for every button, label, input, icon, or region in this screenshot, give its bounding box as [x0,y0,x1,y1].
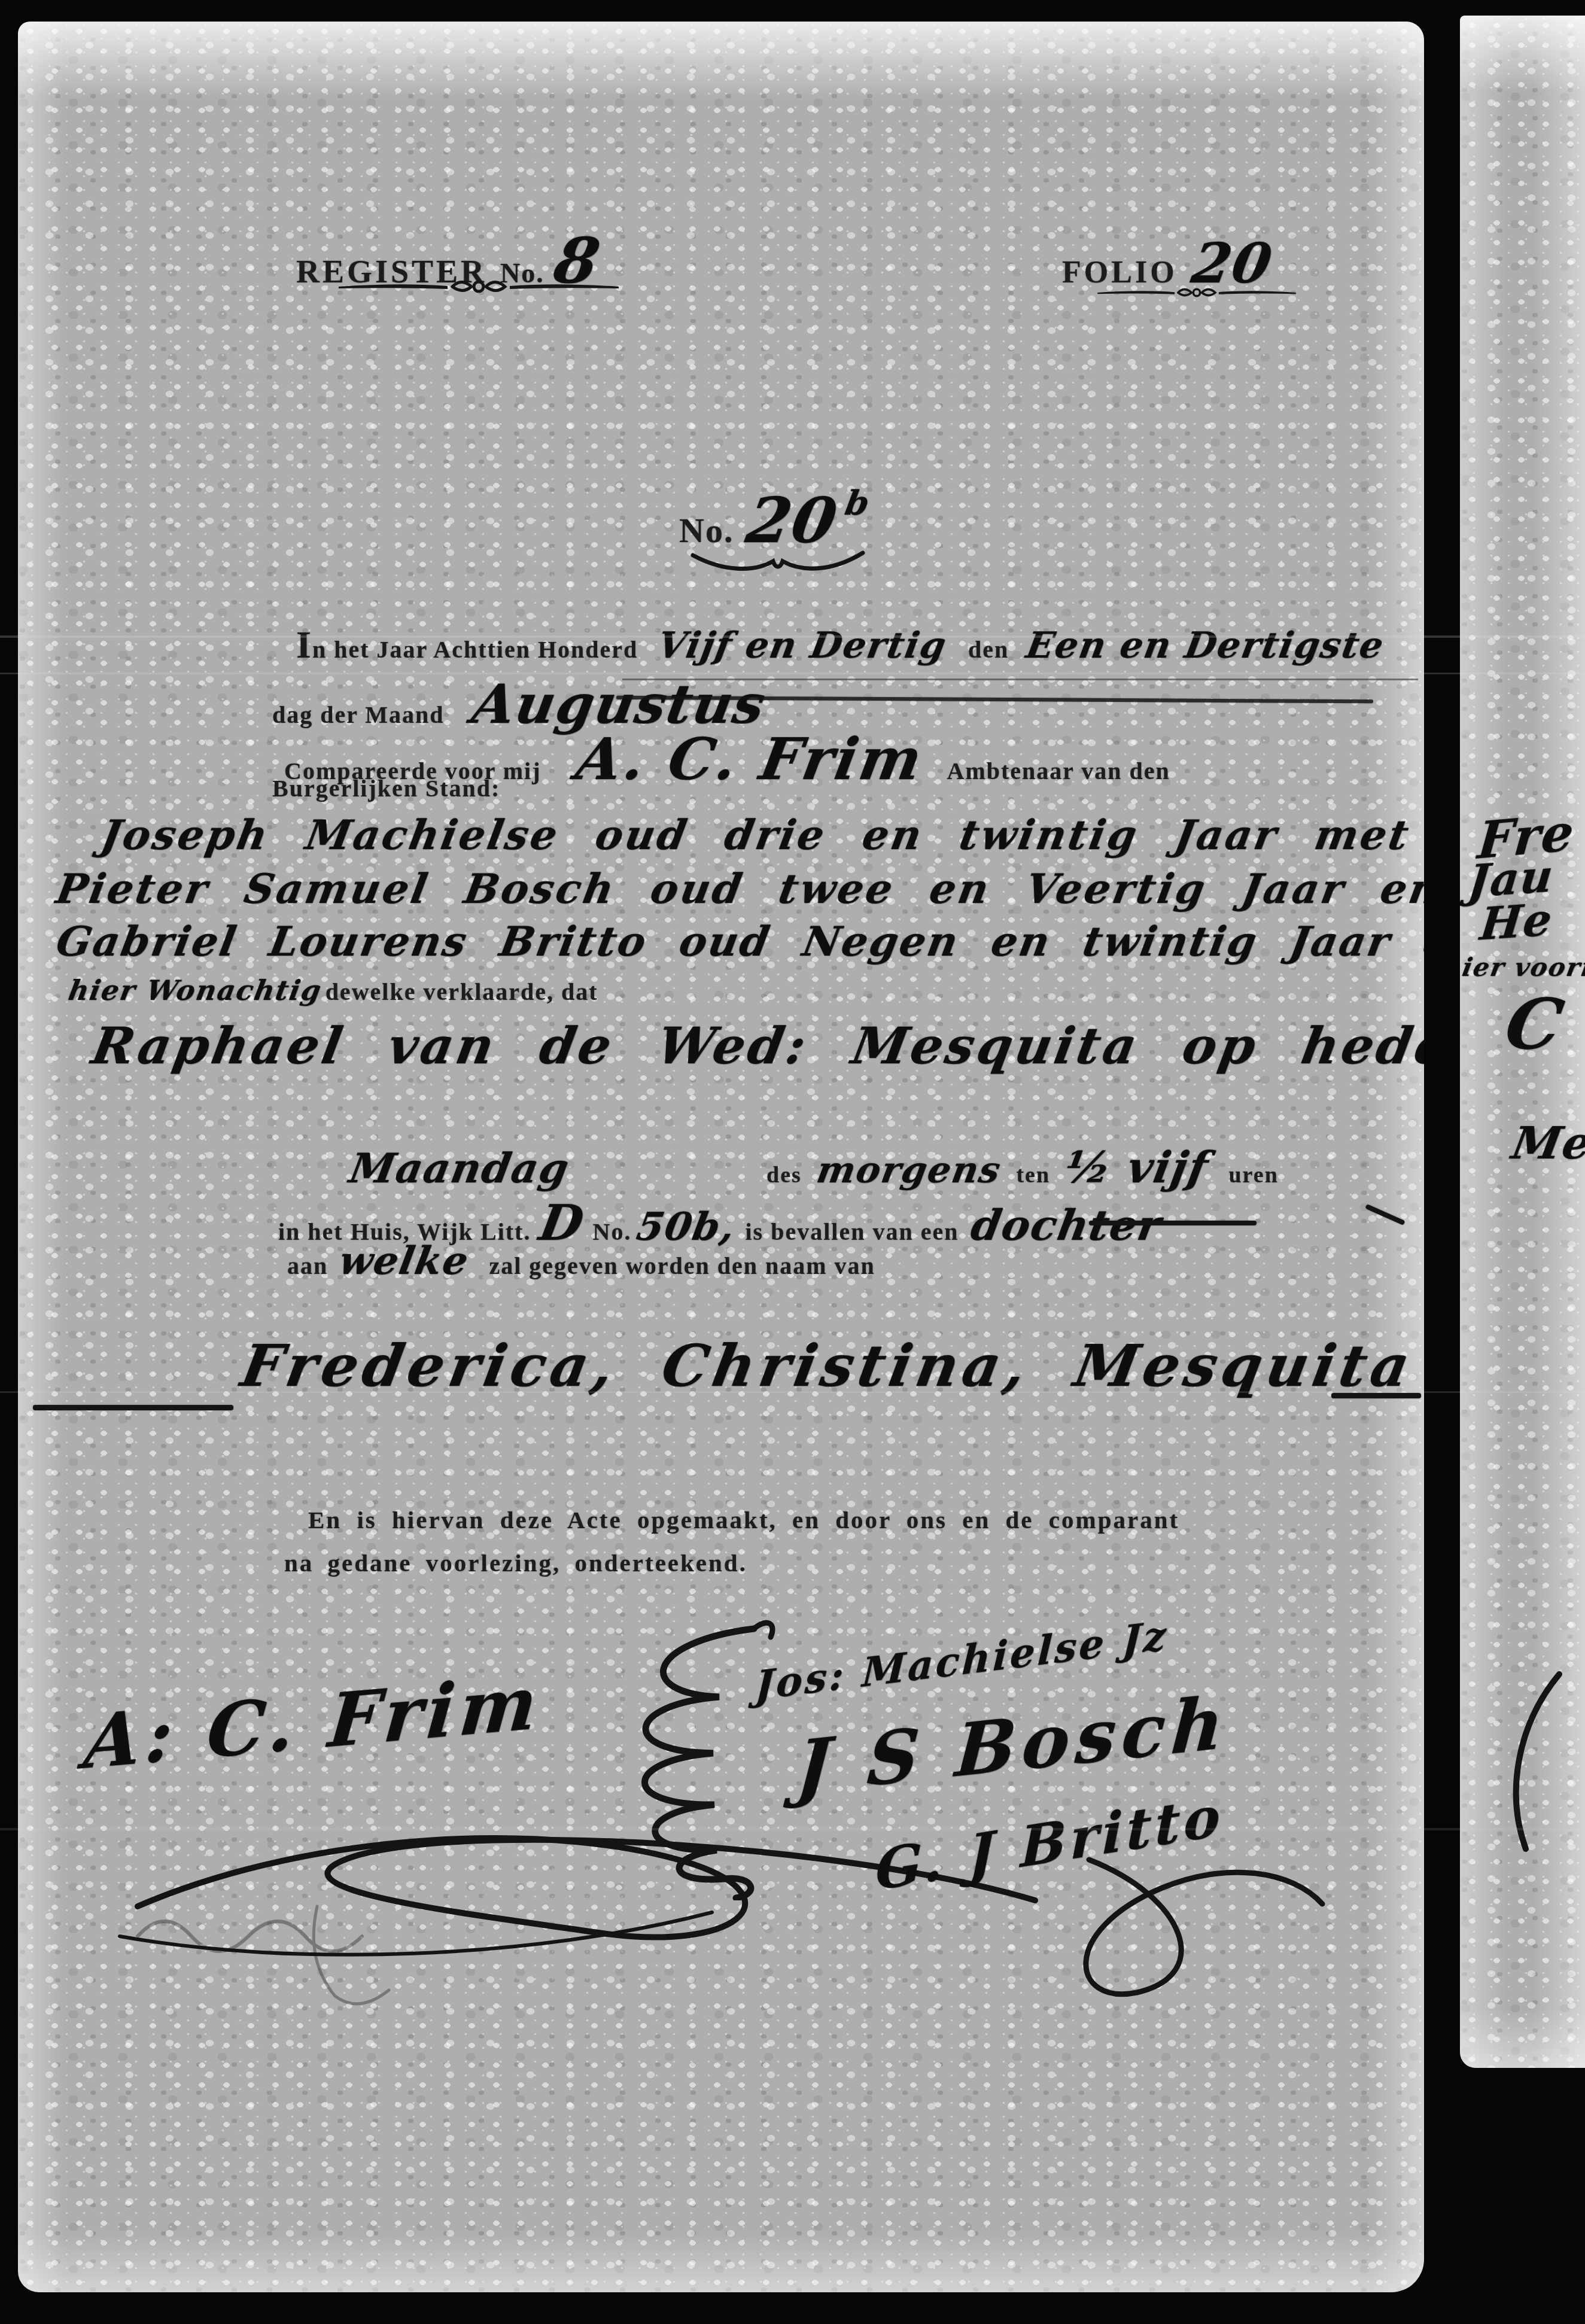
closing-1-printed: En is hiervan deze Acte opgemaakt, en do… [308,1505,1179,1534]
declarant-1-handwritten: Joseph Machielse oud drie en twintig Jaa… [98,811,1414,859]
stand-printed-label: Burgerlijken Stand: [272,774,500,802]
next-page-sliver: Fre Jau He hier voorna C Men [1460,16,1585,2068]
daypart-handwritten: morgens [814,1149,1005,1191]
register-ornament [335,276,622,297]
declarant-line-2: Pieter Samuel Bosch oud twee en Veertig … [57,865,1424,913]
signature-witness-2: J S Bosch [793,1680,1234,1809]
declarant-line-3: Gabriel Lourens Britto oud Negen en twin… [57,918,1424,966]
act-number: 20 [742,483,844,557]
witness-2-signature-handwritten: J S Bosch [794,1680,1232,1811]
dewelke-printed-label: dewelke verklaarde, dat [325,978,598,1006]
declarant-line-1: Joseph Machielse oud drie en twintig Jaa… [102,811,1410,859]
ten-printed-label: ten [1016,1162,1050,1188]
den-printed-label: den [968,635,1009,664]
uren-printed-label: uren [1228,1162,1278,1188]
form-line-stand: Burgerlijken Stand: [272,774,500,802]
welke-handwritten: welke [336,1239,473,1283]
signature-official: A: C. Frim [81,1659,545,1785]
margin-note-handwritten: hier Wonachtig [66,974,324,1006]
declarant-3-handwritten: Gabriel Lourens Britto oud Negen en twin… [53,918,1424,966]
mother-line: Raphael van de Wed: Mesquita op heden [93,1016,1424,1075]
child-name-handwritten: Frederica, Christina, Mesquita [236,1332,1419,1400]
film-scan-stage: REGISTER No. 8 FOLIO 20 [0,0,1585,2324]
des-printed-label: des [766,1162,802,1188]
birth-line-dash [1089,1221,1257,1225]
name-dash-right [1331,1393,1421,1398]
mother-name-handwritten: Raphael van de Wed: Mesquita op heden [87,1016,1424,1075]
form-line-dewelke: hier Wonachtig dewelke verklaarde, dat [69,974,598,1006]
act-underline-flourish [688,547,868,578]
act-no-label: No. [679,510,734,550]
form-line-time: Maandag des morgens ten ½ vijf uren [350,1142,1279,1193]
weekday-handwritten: Maandag [346,1145,573,1193]
act-number-group: No. 20 b [679,483,870,557]
folio-ornament [1095,284,1298,302]
ambtenaar-printed-label: Ambtenaar van den [947,757,1170,785]
aan-printed-label: aan [287,1252,328,1280]
form-line-year: In het Jaar Achttien Honderd Vijf en Der… [296,625,1384,667]
year-handwritten: Vijf en Dertig [655,625,950,667]
official-signature-handwritten: A: C. Frim [81,1659,545,1785]
next-page-stroke-fragment [1481,1667,1583,1858]
act-number-suffix: b [842,483,874,523]
name-dash-left [33,1405,233,1410]
next-page-fragment-4: hier voorna [1460,953,1585,982]
witness-3-loop-flourish [1035,1847,1346,2020]
next-page-line-4: hier voorna [1460,953,1585,982]
birth-line-hook [1365,1204,1405,1225]
date-handwritten: Een en Dertigste [1023,625,1388,667]
next-page-fragment-3: He [1478,893,1556,950]
next-page-line-6: Men [1513,1118,1585,1169]
next-page-line-3: He [1478,894,1554,950]
ghost-marks [120,1888,539,2014]
closing-line-1: En is hiervan deze Acte opgemaakt, en do… [308,1505,1179,1534]
month-printed-label: dag der Maand [272,701,445,729]
year-printed-label: In het Jaar Achttien Honderd [296,632,638,664]
form-line-name-intro: aan welke zal gegeven worden den naam va… [287,1239,875,1283]
hour-handwritten: ½ vijf [1061,1142,1213,1193]
naam-printed-label: zal gegeven worden den naam van [489,1252,875,1280]
closing-2-printed: na gedane voorlezing, onderteekend. [284,1549,747,1577]
child-name-line: Frederica, Christina, Mesquita [242,1332,1413,1400]
next-page-fragment-6: Men [1508,1118,1585,1169]
closing-line-2: na gedane voorlezing, onderteekend. [284,1549,747,1577]
document-page: REGISTER No. 8 FOLIO 20 [18,22,1424,2292]
declarant-2-handwritten: Pieter Samuel Bosch oud twee en Veertig … [53,865,1424,913]
next-page-line-5: C [1507,984,1563,1065]
next-page-fragment-5: C [1499,984,1570,1065]
official-name-handwritten: A. C. Frim [571,725,929,793]
